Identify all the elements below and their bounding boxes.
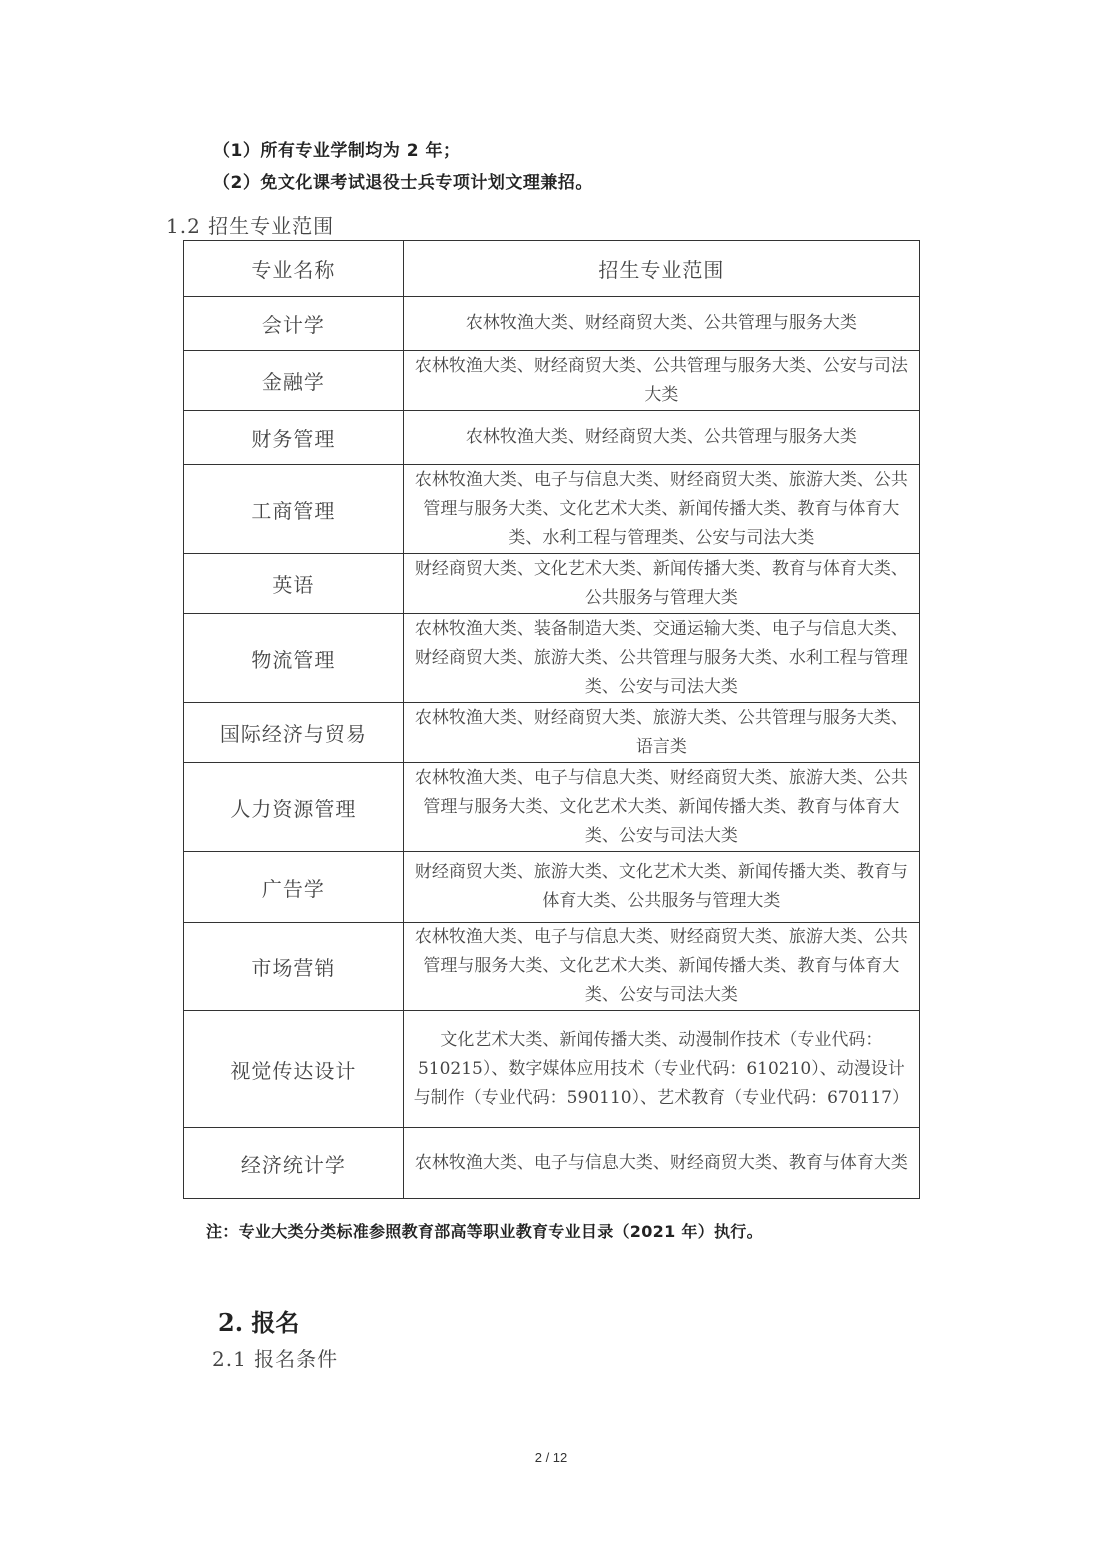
scope-cell: 农林牧渔大类、电子与信息大类、财经商贸大类、教育与体育大类 xyxy=(403,1128,919,1199)
table-row: 物流管理农林牧渔大类、装备制造大类、交通运输大类、电子与信息大类、财经商贸大类、… xyxy=(184,614,920,703)
major-name-cell: 国际经济与贸易 xyxy=(184,703,404,763)
major-name-cell: 英语 xyxy=(184,554,404,614)
header-scope: 招生专业范围 xyxy=(403,241,919,297)
table-row: 金融学农林牧渔大类、财经商贸大类、公共管理与服务大类、公安与司法大类 xyxy=(184,351,920,411)
major-name-cell: 经济统计学 xyxy=(184,1128,404,1199)
major-name-cell: 工商管理 xyxy=(184,465,404,554)
scope-cell: 文化艺术大类、新闻传播大类、动漫制作技术（专业代码：510215）、数字媒体应用… xyxy=(403,1011,919,1128)
section-heading-2: 2. 报名 xyxy=(218,1303,299,1338)
major-name-cell: 广告学 xyxy=(184,852,404,923)
table-row: 经济统计学农林牧渔大类、电子与信息大类、财经商贸大类、教育与体育大类 xyxy=(184,1128,920,1199)
header-major-name: 专业名称 xyxy=(184,241,404,297)
major-name-cell: 会计学 xyxy=(184,297,404,351)
major-name-cell: 视觉传达设计 xyxy=(184,1011,404,1128)
scope-cell: 农林牧渔大类、财经商贸大类、旅游大类、公共管理与服务大类、语言类 xyxy=(403,703,919,763)
table-row: 视觉传达设计文化艺术大类、新闻传播大类、动漫制作技术（专业代码：510215）、… xyxy=(184,1011,920,1128)
major-name-cell: 财务管理 xyxy=(184,411,404,465)
table-row: 工商管理农林牧渔大类、电子与信息大类、财经商贸大类、旅游大类、公共管理与服务大类… xyxy=(184,465,920,554)
table-header-row: 专业名称 招生专业范围 xyxy=(184,241,920,297)
scope-cell: 农林牧渔大类、电子与信息大类、财经商贸大类、旅游大类、公共管理与服务大类、文化艺… xyxy=(403,465,919,554)
scope-cell: 农林牧渔大类、财经商贸大类、公共管理与服务大类 xyxy=(403,297,919,351)
note-duration: （1）所有专业学制均为 2 年； xyxy=(213,136,461,161)
major-name-cell: 人力资源管理 xyxy=(184,763,404,852)
footnote: 注：专业大类分类标准参照教育部高等职业教育专业目录（2021 年）执行。 xyxy=(206,1219,763,1242)
table-row: 会计学农林牧渔大类、财经商贸大类、公共管理与服务大类 xyxy=(184,297,920,351)
section-heading-1-2: 1.2 招生专业范围 xyxy=(166,210,334,239)
table-row: 英语财经商贸大类、文化艺术大类、新闻传播大类、教育与体育大类、公共服务与管理大类 xyxy=(184,554,920,614)
page-indicator: 2 / 12 xyxy=(0,1450,1102,1465)
majors-table: 专业名称 招生专业范围 会计学农林牧渔大类、财经商贸大类、公共管理与服务大类金融… xyxy=(183,240,920,1199)
major-name-cell: 市场营销 xyxy=(184,923,404,1011)
table-row: 国际经济与贸易农林牧渔大类、财经商贸大类、旅游大类、公共管理与服务大类、语言类 xyxy=(184,703,920,763)
table-row: 人力资源管理农林牧渔大类、电子与信息大类、财经商贸大类、旅游大类、公共管理与服务… xyxy=(184,763,920,852)
section-heading-2-1: 2.1 报名条件 xyxy=(212,1343,338,1372)
scope-cell: 农林牧渔大类、财经商贸大类、公共管理与服务大类 xyxy=(403,411,919,465)
table-row: 广告学财经商贸大类、旅游大类、文化艺术大类、新闻传播大类、教育与体育大类、公共服… xyxy=(184,852,920,923)
scope-cell: 农林牧渔大类、电子与信息大类、财经商贸大类、旅游大类、公共管理与服务大类、文化艺… xyxy=(403,763,919,852)
scope-cell: 农林牧渔大类、装备制造大类、交通运输大类、电子与信息大类、财经商贸大类、旅游大类… xyxy=(403,614,919,703)
scope-cell: 财经商贸大类、旅游大类、文化艺术大类、新闻传播大类、教育与体育大类、公共服务与管… xyxy=(403,852,919,923)
scope-cell: 农林牧渔大类、电子与信息大类、财经商贸大类、旅游大类、公共管理与服务大类、文化艺… xyxy=(403,923,919,1011)
table-row: 市场营销农林牧渔大类、电子与信息大类、财经商贸大类、旅游大类、公共管理与服务大类… xyxy=(184,923,920,1011)
scope-cell: 农林牧渔大类、财经商贸大类、公共管理与服务大类、公安与司法大类 xyxy=(403,351,919,411)
note-veterans: （2）免文化课考试退役士兵专项计划文理兼招。 xyxy=(213,168,593,193)
major-name-cell: 金融学 xyxy=(184,351,404,411)
table-row: 财务管理农林牧渔大类、财经商贸大类、公共管理与服务大类 xyxy=(184,411,920,465)
major-name-cell: 物流管理 xyxy=(184,614,404,703)
scope-cell: 财经商贸大类、文化艺术大类、新闻传播大类、教育与体育大类、公共服务与管理大类 xyxy=(403,554,919,614)
